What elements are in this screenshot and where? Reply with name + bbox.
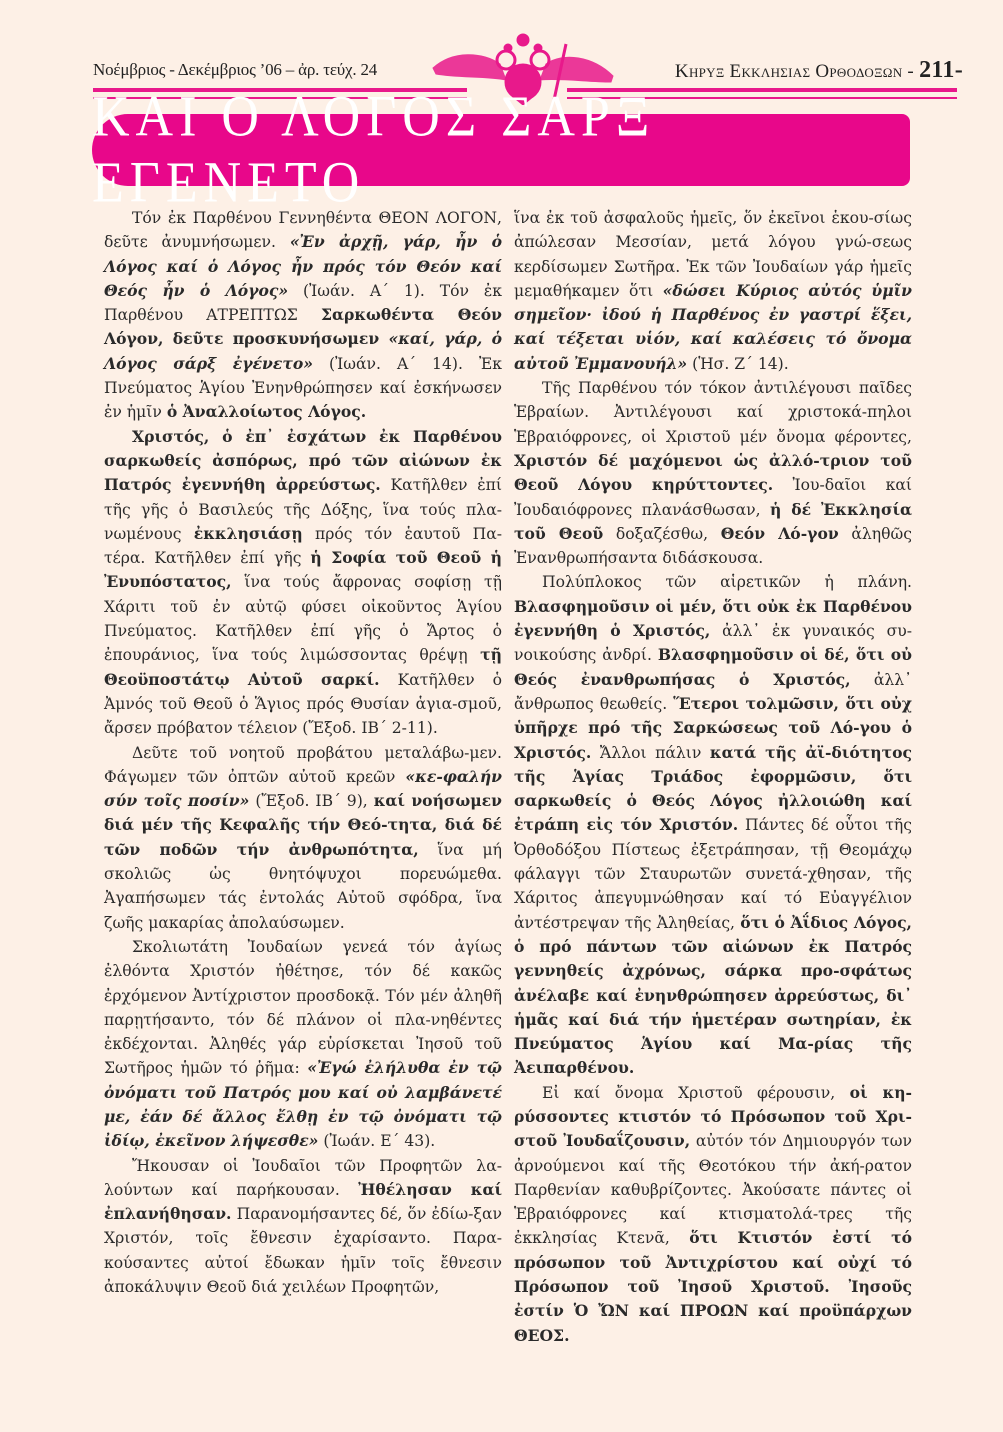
body-text: (Ἰωάν. Ε΄ 43). — [318, 1132, 435, 1150]
body-text: Τῆς Παρθένου τόν τόκον ἀντιλέγουσι παῖδε… — [514, 379, 912, 446]
body-text: Ἄλλοι πάλιν — [591, 744, 710, 762]
article-paragraph: Τόν ἐκ Παρθένου Γεννηθέντα ΘΕΟΝ ΛΟΓΟΝ, δ… — [104, 206, 502, 425]
body-text: (Ἔξοδ. ΙΒ΄ 9), — [249, 792, 373, 810]
article-column-left: Τόν ἐκ Παρθένου Γεννηθέντα ΘΕΟΝ ΛΟΓΟΝ, δ… — [104, 206, 502, 1299]
publication-title: Κηρυξ Εκκλησιας Ορθοδοξων - 211- — [675, 57, 963, 84]
article-paragraph: Χριστός, ὁ ἐπ᾿ ἐσχάτων ἐκ Παρθένου σαρκω… — [104, 425, 502, 741]
page-number: 211- — [919, 57, 963, 83]
article-column-right: ἵνα ἐκ τοῦ ἀσφαλοῦς ἡμεῖς, ὅν ἐκεῖνοι ἑκ… — [514, 206, 912, 1348]
article-title: ΚΑΙ Ο ΛΟΓΟΣ ΣΑΡΞ ΕΓΕΝΕΤΟ — [92, 84, 910, 216]
body-text: Πολύπλοκος τῶν αἱρετικῶν ἡ πλάνη. — [542, 573, 912, 591]
article-paragraph: Εἰ καί ὄνομα Χριστοῦ φέρουσιν, οἱ κη-ρύσ… — [514, 1081, 912, 1348]
publication-name: Κηρυξ Εκκλησιας Ορθοδοξων - — [675, 61, 914, 82]
emphasis-text: ὅτι ὁ Ἀΐδιος Λόγος, ὁ πρό πάντων τῶν αἰώ… — [514, 913, 912, 1078]
article-paragraph: Τῆς Παρθένου τόν τόκον ἀντιλέγουσι παῖδε… — [514, 376, 912, 570]
issue-info: Νοέμβριος - Δεκέμβριος ’06 – ἀρ. τεύχ. 2… — [93, 60, 377, 80]
article-paragraph: Σκολιωτάτη Ἰουδαίων γενεά τόν ἁγίως ἐλθό… — [104, 935, 502, 1154]
article-paragraph: Ἤκουσαν οἱ Ἰουδαῖοι τῶν Προφητῶν λα-λούν… — [104, 1154, 502, 1300]
emphasis-text: Θεόν Λό-γον — [721, 524, 839, 543]
emphasis-text: ἐκκλησιάσῃ — [194, 524, 303, 543]
article-paragraph: Πολύπλοκος τῶν αἱρετικῶν ἡ πλάνη. Βλασφη… — [514, 570, 912, 1080]
article-paragraph: ἵνα ἐκ τοῦ ἀσφαλοῦς ἡμεῖς, ὅν ἐκεῖνοι ἑκ… — [514, 206, 912, 376]
article-paragraph: Δεῦτε τοῦ νοητοῦ προβάτου μεταλάβω-μεν. … — [104, 741, 502, 935]
body-text: (Ἡσ. Ζ΄ 14). — [687, 355, 789, 373]
emphasis-text: ὁ Ἀναλλοίωτος Λόγος. — [167, 402, 366, 421]
body-text: Σκολιωτάτη Ἰουδαίων γενεά τόν ἁγίως ἐλθό… — [104, 938, 502, 1077]
body-text: δοξαζέσθω, — [603, 525, 721, 543]
article-title-banner: ΚΑΙ Ο ΛΟΓΟΣ ΣΑΡΞ ΕΓΕΝΕΤΟ — [92, 114, 910, 186]
body-text: Εἰ καί ὄνομα Χριστοῦ φέρουσιν, — [542, 1084, 850, 1102]
